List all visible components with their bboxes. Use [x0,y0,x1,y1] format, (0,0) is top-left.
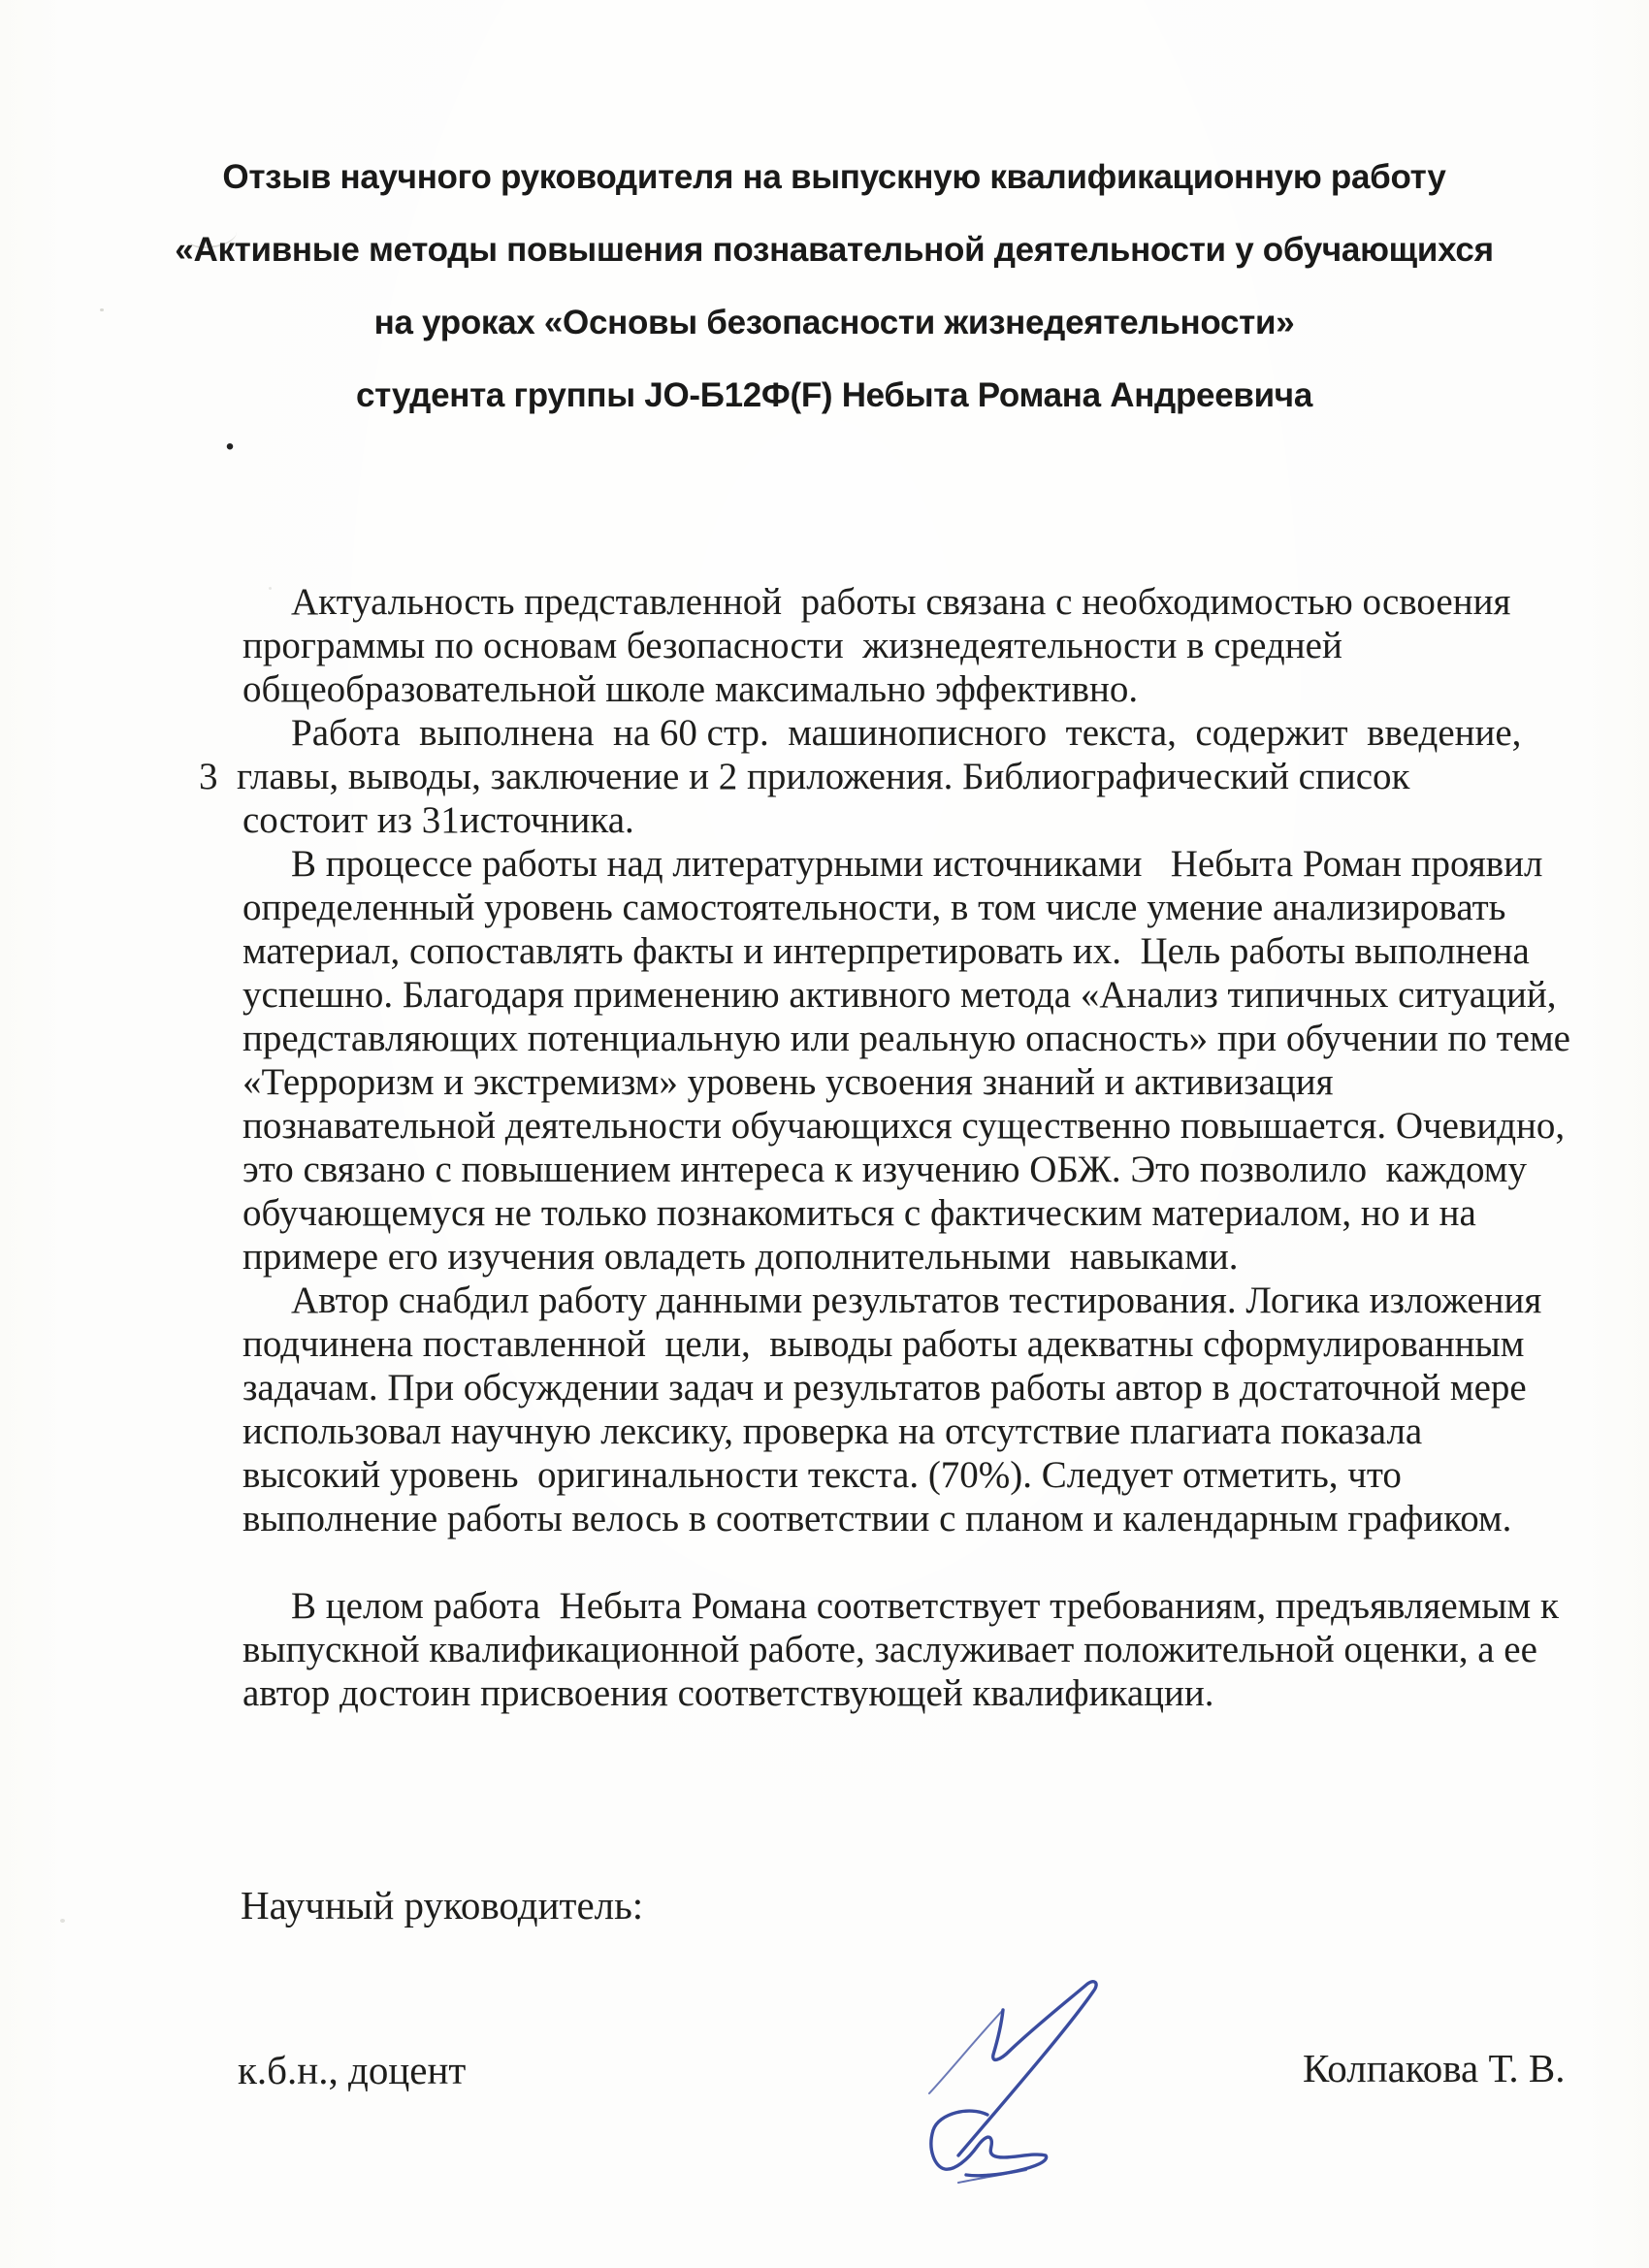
paragraph-line: определенный уровень самостоятельности, … [242,886,1562,929]
paragraph-process: В процессе работы над литературными исто… [242,842,1562,1279]
title-line: на уроках «Основы безопасности жизнедеят… [10,286,1649,359]
stray-period-mark: . [225,413,235,459]
document-title: Отзыв научного руководителя на выпускную… [10,141,1649,432]
paragraph-line: представляющих потенциальную или реальну… [242,1017,1562,1060]
signature-stroke [929,2010,1003,2093]
paragraph-line: Работа выполнена на 60 стр. машинописног… [242,711,1562,755]
paragraph-line: высокий уровень оригинальности текста. (… [242,1453,1562,1497]
paragraph-line: задачам. При обсуждении задач и результа… [242,1366,1562,1409]
paragraph-relevance: Актуальность представленной работы связа… [242,580,1562,711]
paragraph-line: В целом работа Небыта Романа соответству… [242,1584,1562,1628]
paragraph-line: выполнение работы велось в соответствии … [242,1497,1562,1540]
paragraph-line: автор достоин присвоения соответствующей… [242,1671,1562,1715]
paragraph-line: выпускной квалификационной работе, заслу… [242,1628,1562,1671]
signer-degree-label: к.б.н., доцент [238,2047,466,2093]
title-line: «Активные методы повышения познавательно… [10,213,1649,286]
signature-stroke [958,1982,1096,2155]
paragraph-line: это связано с повышением интереса к изуч… [242,1148,1562,1191]
paragraph-line: обучающемуся не только познакомиться с ф… [242,1191,1562,1235]
paragraph-line: состоит из 31источника. [242,798,1562,842]
paragraph-line: общеобразовательной школе максимально эф… [242,667,1562,711]
review-body: Актуальность представленной работы связа… [242,580,1562,1715]
paragraph-line: Автор снабдил работу данными результатов… [242,1279,1562,1322]
paragraph-conclusion: В целом работа Небыта Романа соответству… [242,1584,1562,1715]
supervisor-role-label: Научный руководитель: [241,1882,643,1928]
paragraph-results: Автор снабдил работу данными результатов… [242,1279,1562,1540]
handwritten-signature [902,1960,1222,2231]
signer-name-label: Колпакова Т. В. [1303,2045,1566,2091]
paragraph-line: Актуальность представленной работы связа… [242,580,1562,624]
paragraph-structure: Работа выполнена на 60 стр. машинописног… [242,711,1562,842]
paragraph-line: подчинена поставленной цели, выводы рабо… [242,1322,1562,1366]
title-line: Отзыв научного руководителя на выпускную… [10,141,1649,213]
paragraph-line: 3 главы, выводы, заключение и 2 приложен… [199,755,1562,798]
scanned-review-document: { "page": { "background": "#fdfdfb", "te… [0,0,1649,2268]
paragraph-line: примере его изучения овладеть дополнител… [242,1235,1562,1279]
paragraph-line: В процессе работы над литературными исто… [242,842,1562,886]
paragraph-line: познавательной деятельности обучающихся … [242,1104,1562,1148]
paragraph-line: программы по основам безопасности жизнед… [242,624,1562,667]
title-line: студента группы JO-Б12Ф(F) Небыта Романа… [10,359,1649,432]
paragraph-line: материал, сопоставлять факты и интерпрет… [242,929,1562,973]
paragraph-line: успешно. Благодаря применению активного … [242,973,1562,1017]
paragraph-line: использовал научную лексику, проверка на… [242,1409,1562,1453]
paragraph-line: «Терроризм и экстремизм» уровень усвоени… [242,1060,1562,1104]
